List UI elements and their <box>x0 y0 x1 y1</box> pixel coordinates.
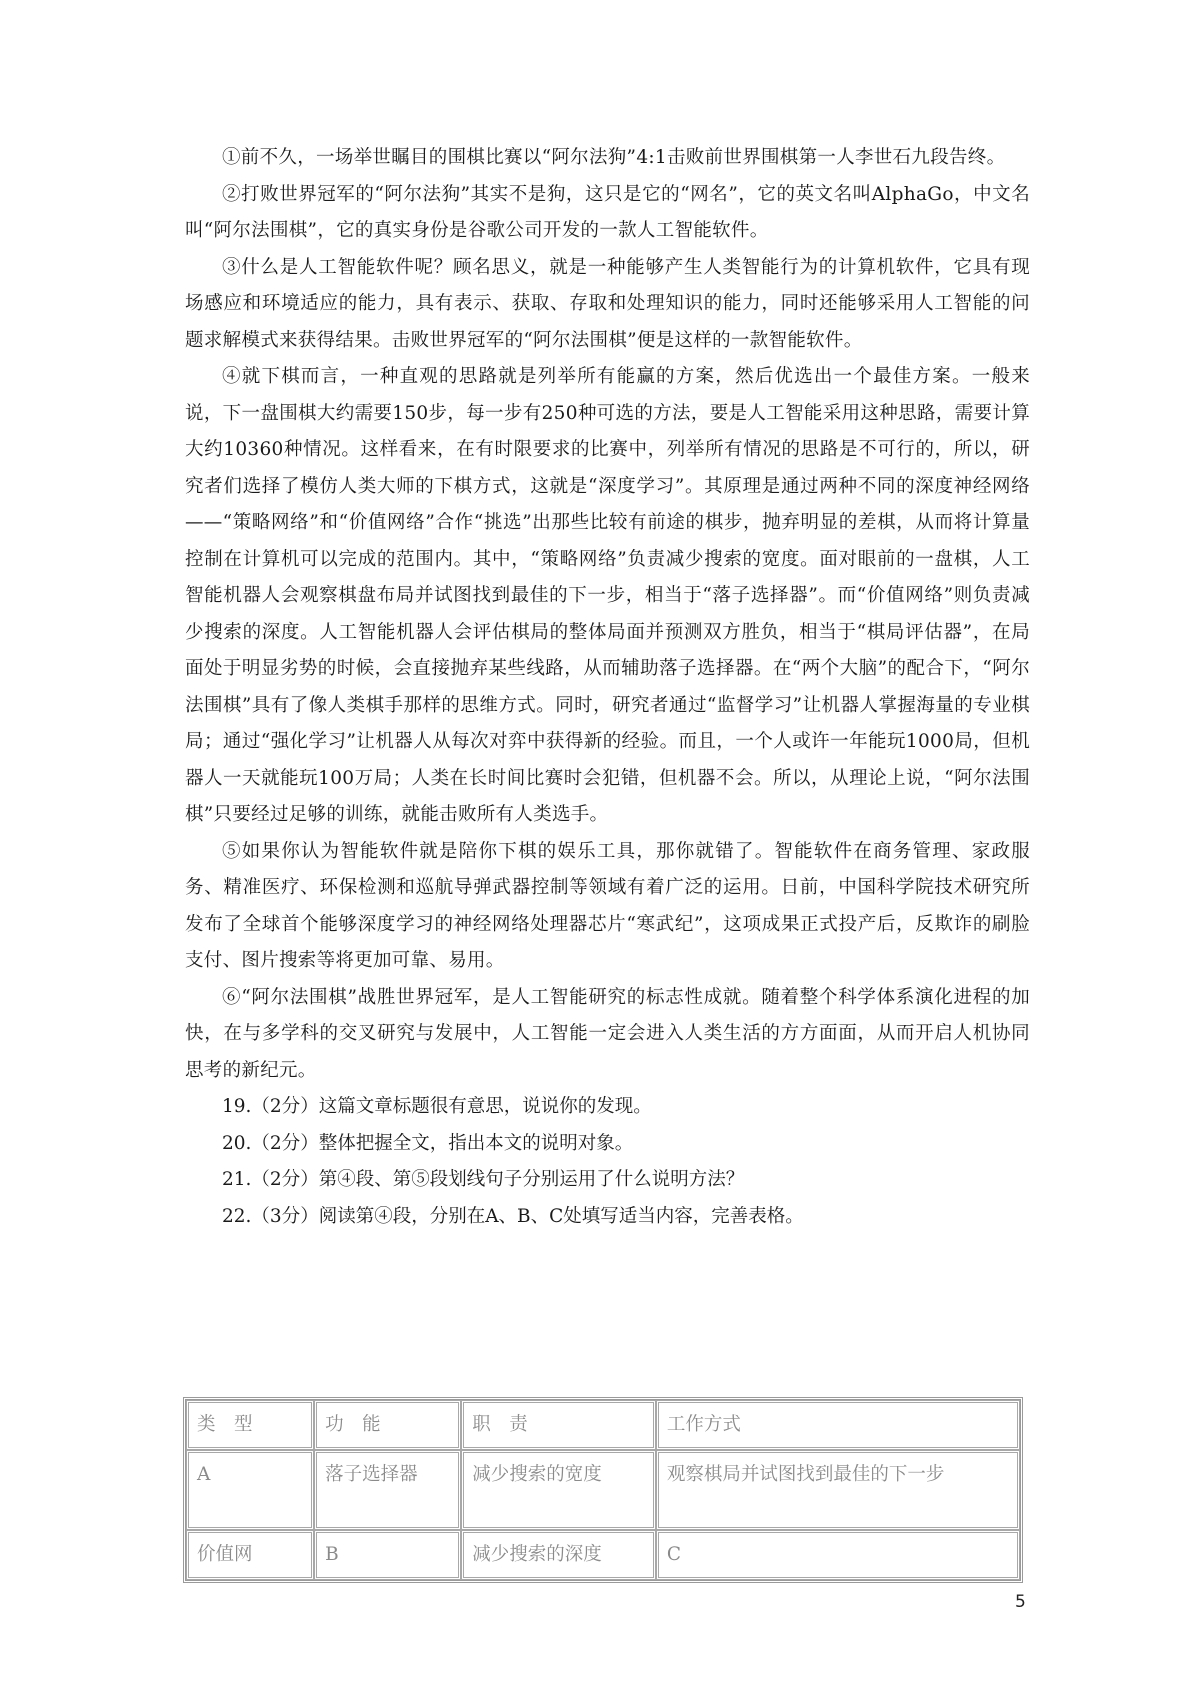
paragraph-1: ①前不久，一场举世瞩目的围棋比赛以“阿尔法狗”4:1击败前世界围棋第一人李世石九… <box>185 140 1030 177</box>
question-21: 21.（2分）第④段、第⑤段划线句子分别运用了什么说明方法？ <box>185 1162 1030 1199</box>
header-function: 功 能 <box>314 1400 461 1450</box>
paragraph-4: ④就下棋而言，一种直观的思路就是列举所有能赢的方案，然后优选出一个最佳方案。一般… <box>185 359 1030 834</box>
article-body: ①前不久，一场举世瞩目的围棋比赛以“阿尔法狗”4:1击败前世界围棋第一人李世石九… <box>185 140 1030 1235</box>
answer-table: 类 型 功 能 职 责 工作方式 A 落子选择器 减少搜索的宽度 观察棋局并试图… <box>183 1397 1023 1583</box>
table-row: 价值网 B 减少搜索的深度 C <box>186 1530 1020 1580</box>
cell-function: 落子选择器 <box>314 1450 461 1530</box>
paragraph-3: ③什么是人工智能软件呢？顾名思义，就是一种能够产生人类智能行为的计算机软件，它具… <box>185 250 1030 360</box>
cell-c: C <box>656 1530 1020 1580</box>
table-header-row: 类 型 功 能 职 责 工作方式 <box>186 1400 1020 1450</box>
cell-duty: 减少搜索的深度 <box>461 1530 656 1580</box>
paragraph-5: ⑤如果你认为智能软件就是陪你下棋的娱乐工具，那你就错了。智能软件在商务管理、家政… <box>185 834 1030 980</box>
header-duty: 职 责 <box>461 1400 656 1450</box>
table-row: A 落子选择器 减少搜索的宽度 观察棋局并试图找到最佳的下一步 <box>186 1450 1020 1530</box>
header-type: 类 型 <box>186 1400 314 1450</box>
question-19: 19.（2分）这篇文章标题很有意思，说说你的发现。 <box>185 1089 1030 1126</box>
cell-type: 价值网 <box>186 1530 314 1580</box>
paragraph-6: ⑥“阿尔法围棋”战胜世界冠军，是人工智能研究的标志性成就。随着整个科学体系演化进… <box>185 980 1030 1090</box>
page-number: 5 <box>1015 1592 1026 1612</box>
question-20: 20.（2分）整体把握全文，指出本文的说明对象。 <box>185 1126 1030 1163</box>
cell-duty: 减少搜索的宽度 <box>461 1450 656 1530</box>
cell-a: A <box>186 1450 314 1530</box>
header-method: 工作方式 <box>656 1400 1020 1450</box>
cell-b: B <box>314 1530 461 1580</box>
paragraph-2: ②打败世界冠军的“阿尔法狗”其实不是狗，这只是它的“网名”，它的英文名叫Alph… <box>185 177 1030 250</box>
question-22: 22.（3分）阅读第④段，分别在A、B、C处填写适当内容，完善表格。 <box>185 1199 1030 1236</box>
cell-method: 观察棋局并试图找到最佳的下一步 <box>656 1450 1020 1530</box>
